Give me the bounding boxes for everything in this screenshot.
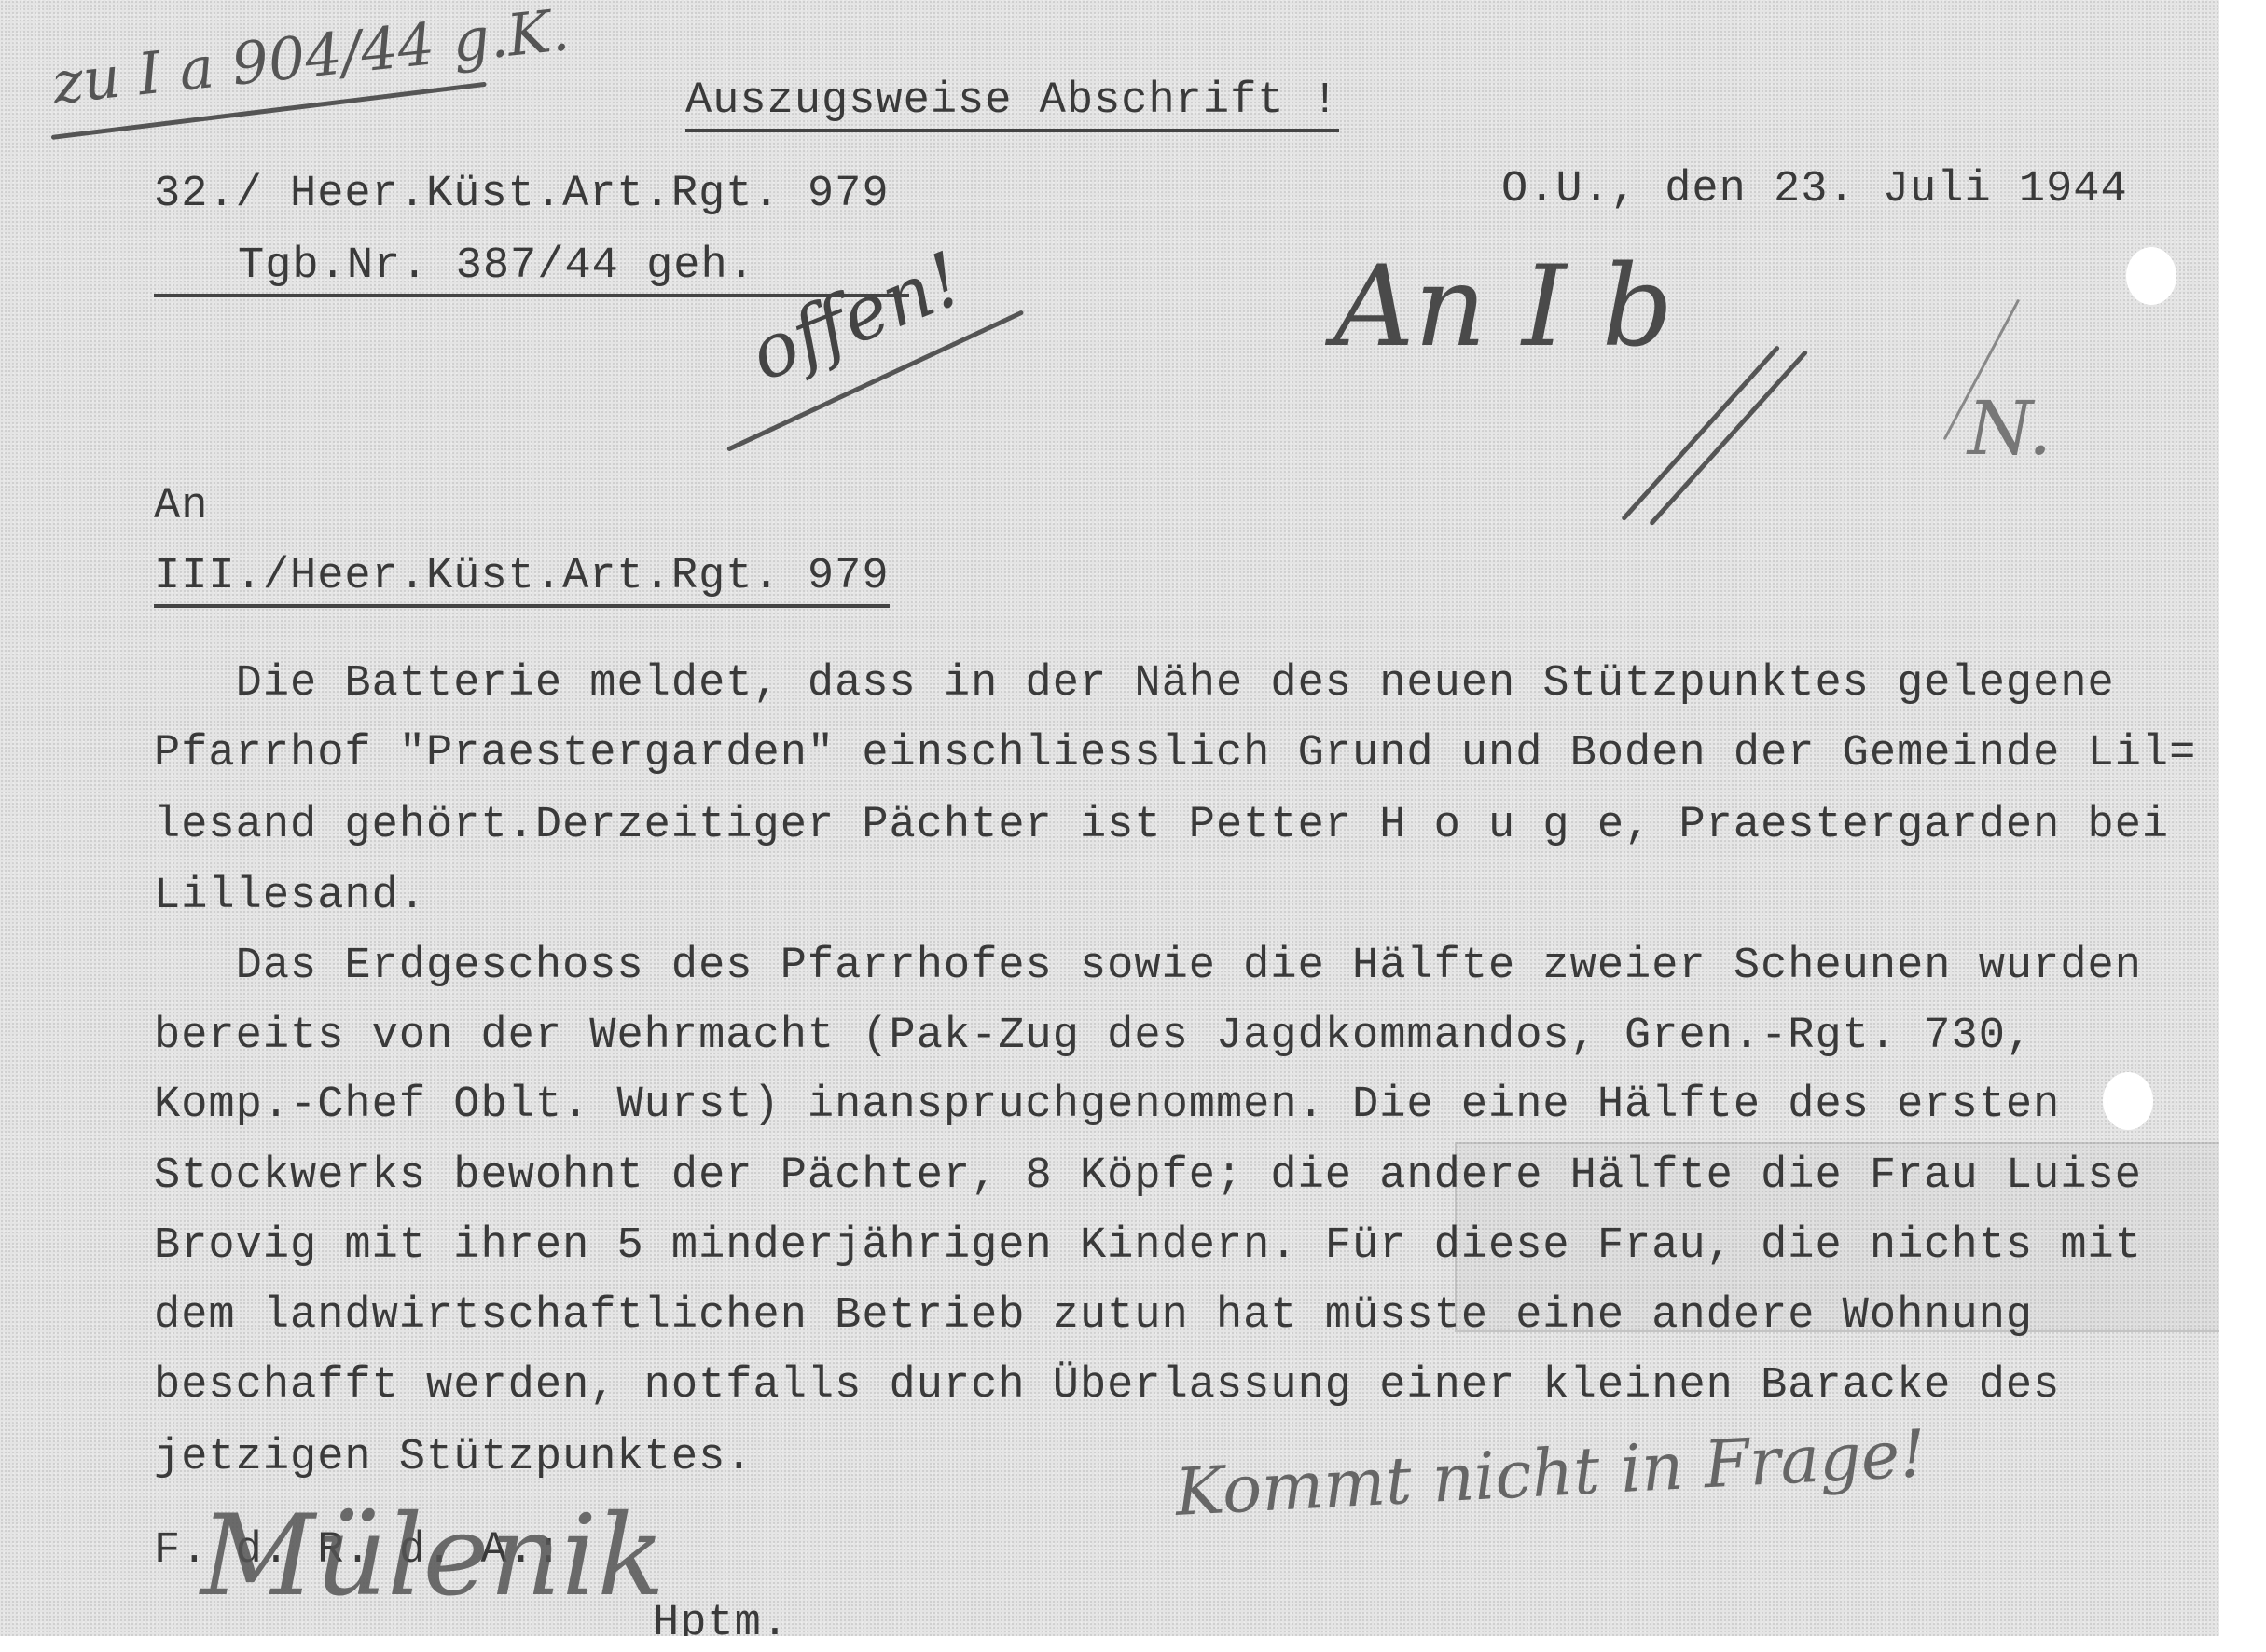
body-line: jetzigen Stützpunktes. bbox=[154, 1436, 753, 1480]
handwritten-rejection-note: Kommt nicht in Frage! bbox=[1174, 1421, 1927, 1525]
routing-double-stroke-2 bbox=[1649, 350, 1808, 526]
body-line: Brovig mit ihren 5 minderjährigen Kinder… bbox=[154, 1224, 2142, 1268]
handwritten-file-reference: zu I a 904/44 g.K. bbox=[49, 1, 572, 113]
journal-number: Tgb.Nr. 387/44 geh. bbox=[154, 244, 909, 297]
handwritten-initials: N. bbox=[1968, 392, 2052, 466]
handwritten-signature: Mülenik bbox=[200, 1501, 665, 1613]
body-line: lesand gehört.Derzeitiger Pächter ist Pe… bbox=[154, 804, 2169, 847]
body-line: Stockwerks bewohnt der Pächter, 8 Köpfe;… bbox=[154, 1154, 2142, 1198]
place-date: O.U., den 23. Juli 1944 bbox=[1501, 168, 2128, 212]
body-line: Lillesand. bbox=[154, 874, 426, 918]
body-line: Pfarrhof "Praestergarden" einschliesslic… bbox=[154, 732, 2196, 776]
body-line: bereits von der Wehrmacht (Pak-Zug des J… bbox=[154, 1014, 2033, 1058]
body-line: beschafft werden, notfalls durch Überlas… bbox=[154, 1364, 2060, 1408]
signatory-rank: Hptm. bbox=[653, 1602, 789, 1636]
body-line: Das Erdgeschoss des Pfarrhofes sowie die… bbox=[154, 944, 2142, 988]
punch-hole-top bbox=[2126, 247, 2176, 305]
document-title: Auszugsweise Abschrift ! bbox=[685, 79, 1339, 132]
salutation: An bbox=[154, 485, 208, 529]
recipient-unit: III./Heer.Küst.Art.Rgt. 979 bbox=[154, 555, 890, 608]
body-line: dem landwirtschaftlichen Betrieb zutun h… bbox=[154, 1294, 2033, 1338]
sender-unit: 32./ Heer.Küst.Art.Rgt. 979 bbox=[154, 172, 890, 216]
body-line: Die Batterie meldet, dass in der Nähe de… bbox=[154, 662, 2115, 706]
body-line: Komp.-Chef Oblt. Wurst) inanspruchgenomm… bbox=[154, 1083, 2060, 1127]
punch-hole-bottom bbox=[2103, 1072, 2153, 1130]
handwritten-routing-note: An I b bbox=[1333, 252, 1673, 364]
document-page: zu I a 904/44 g.K. Auszugsweise Abschrif… bbox=[0, 0, 2219, 1636]
